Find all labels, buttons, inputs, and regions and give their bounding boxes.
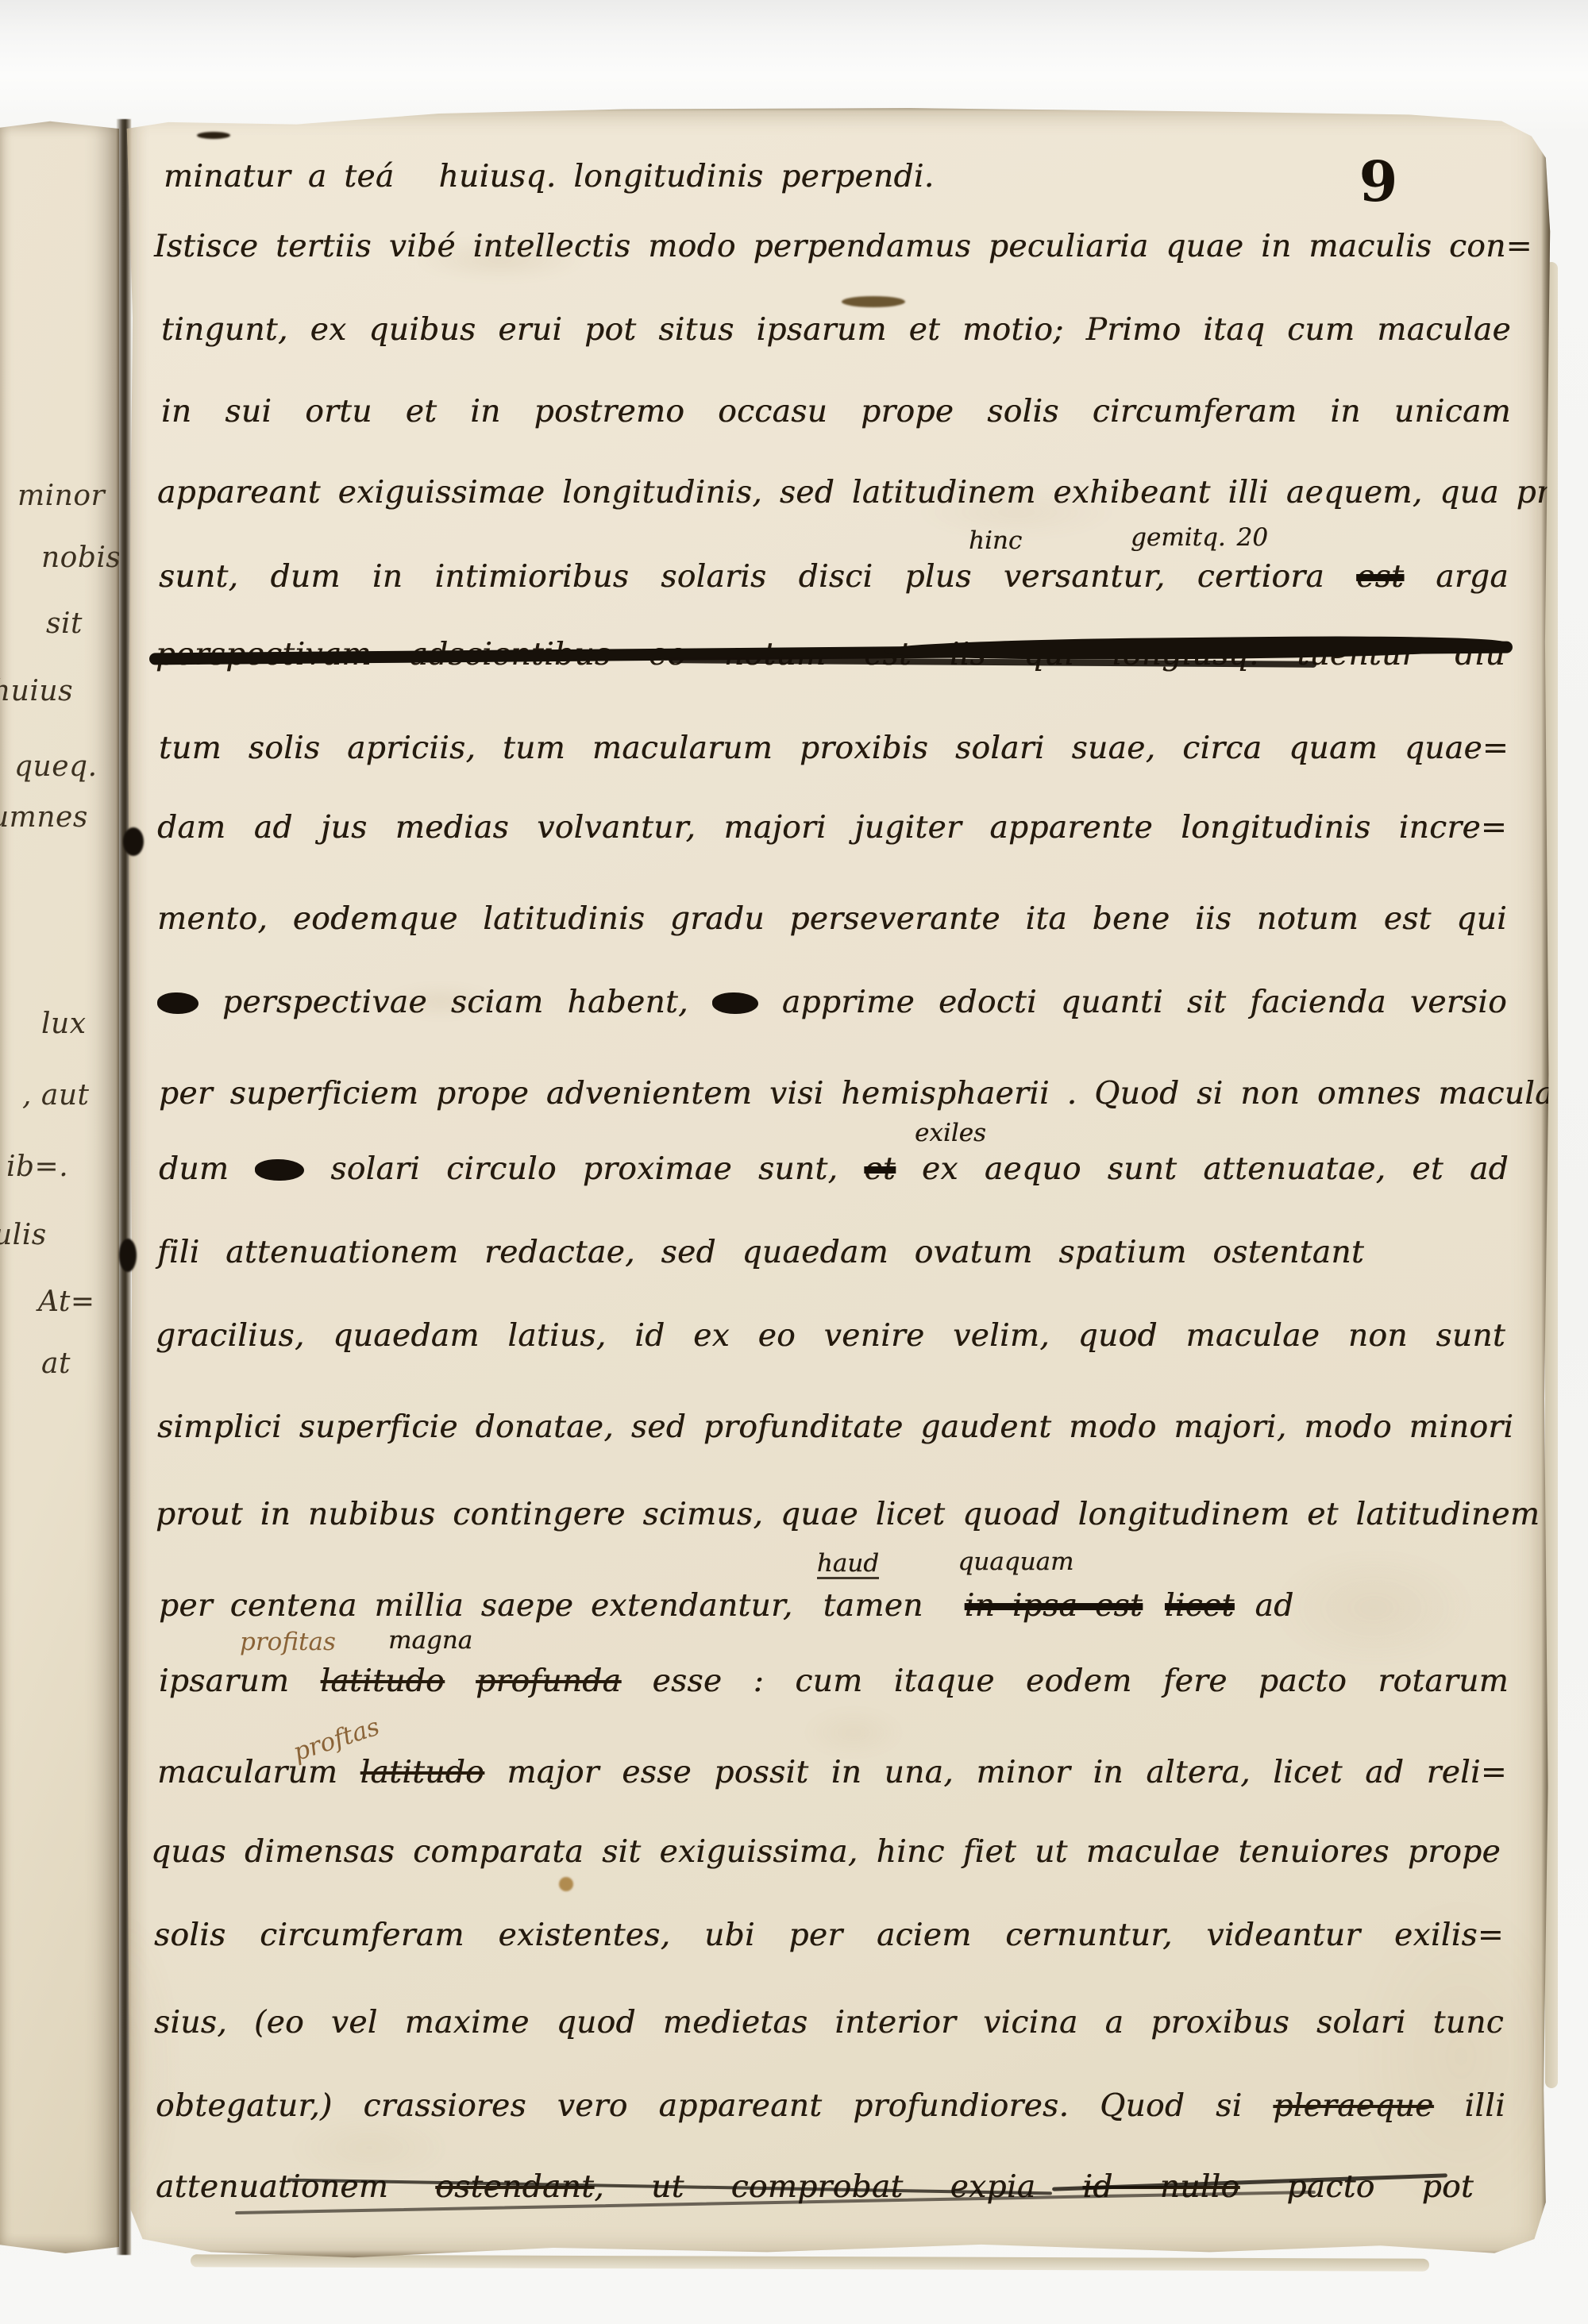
page-corner-wear [1464,102,1551,189]
text-segment: minatur a teá [164,159,395,195]
manuscript-line: dam ad jus medias volvantur, majori jugi… [157,808,1507,849]
manuscript-line: macularum latitudo major esse possit in … [157,1753,1507,1794]
text-segment: in sui ortu et in postremo occasu prope … [161,394,1511,430]
left-page-word-fragment: queq. [14,753,98,781]
manuscript-line: sius, (eo vel maxime quod medietas inter… [154,2003,1504,2044]
text-segment: illi [1434,2088,1505,2124]
left-page-word-fragment: nobis [41,544,121,572]
left-page-word-fragment: lux [41,1010,87,1039]
ink-blot [712,992,758,1014]
text-segment: solari circulo proximae sunt, [304,1151,864,1187]
manuscript-page: 9 minatur a teáhuiusq. longitudinis perp… [125,102,1551,2263]
left-page-word-fragment: at [41,1350,71,1378]
text-segment: licet [1165,1588,1235,1624]
manuscript-line: simplici superficie donatae, sed profund… [157,1408,1507,1448]
text-segment: dam ad jus medias volvantur, majori jugi… [157,810,1507,846]
text-segment: est [1356,559,1404,595]
text-segment: dum [159,1151,255,1187]
interlinear-correction: exiles [915,1121,986,1146]
manuscript-line: quas dimensas comparata sit exiguissima,… [151,1833,1501,1873]
ink-speck [842,296,905,307]
text-segment: tamen [823,1588,923,1624]
manuscript-line: gracilius, quaedam latius, id ex eo veni… [156,1316,1505,1357]
text-segment: fili attenuationem redactae, sed quaedam… [157,1235,1364,1270]
text-segment: macularum [157,1755,360,1790]
ink-speck [197,132,230,139]
text-segment: tum solis apriciis, tum macularum proxib… [159,730,1509,766]
ink-speck [123,827,144,856]
text-segment: apprime edocti quanti sit facienda versi… [758,985,1507,1020]
text-segment: gracilius, quaedam latius, id ex eo veni… [156,1318,1505,1354]
text-segment: major esse possit in una, minor in alter… [484,1755,1507,1790]
text-segment: perspectivae sciam habent, [198,985,712,1020]
ink-blot [255,1159,304,1181]
manuscript-line: sunt, dum in intimioribus solaris disci … [159,557,1509,598]
text-segment: et [864,1151,896,1187]
left-page-word-fragment: umnes [0,804,88,832]
text-segment: tingunt, ex quibus erui pot situs ipsaru… [161,312,1511,348]
manuscript-line: in sui ortu et in postremo occasu prope … [161,392,1511,433]
text-segment: ostendant [435,2169,594,2205]
paper-stain [802,1707,905,1758]
text-segment: obtegatur,) crassiores vero appareant pr… [156,2088,1273,2124]
text-segment: simplici superficie donatae, sed profund… [157,1409,1513,1445]
text-segment: per centena millia saepe extendantur, [159,1588,793,1624]
text-segment: prout in nubibus contingere scimus, quae… [156,1497,1540,1532]
left-page-word-fragment: minor [17,482,105,511]
manuscript-line: tingunt, ex quibus erui pot situs ipsaru… [161,310,1511,351]
text-segment: per superficiem prope advenientem visi h… [159,1076,1572,1112]
text-segment: pleraeque [1273,2088,1433,2124]
text-segment: ex aequo sunt attenuatae, et ad [896,1151,1509,1187]
under-page-edge-bottom [191,2254,1429,2271]
text-segment: ad [1255,1588,1294,1624]
text-segment: appareant exiguissimae longitudinis, sed… [157,475,1588,511]
manuscript-line: per superficiem prope advenientem visi h… [159,1074,1509,1115]
interlinear-correction: gemitq. 20 [1131,526,1268,550]
text-segment: latitudo [321,1663,445,1699]
left-page-word-fragment: ib=. [6,1153,68,1181]
ink-speck [559,1877,573,1891]
text-segment: arga [1404,559,1509,595]
text-segment: solis circumferam existentes, ubi per ac… [154,1917,1504,1953]
facing-page-strip: minornobissithuiusqueq.umneslux, autib=.… [0,116,119,2253]
ink-speck [119,1239,137,1272]
page-number: 9 [1347,154,1410,210]
text-segment: sunt, dum in intimioribus solaris disci … [159,559,1356,595]
page-edge-top [125,102,1551,111]
text-segment: in ipsa est [965,1588,1143,1624]
interlinear-correction: quaquam [958,1550,1073,1574]
manuscript-line: attenuationem ostendant, ut comprobat ex… [156,2168,1474,2208]
ink-blot [157,992,198,1014]
left-page-word-fragment: huius [0,677,73,706]
manuscript-line: solis circumferam existentes, ubi per ac… [154,1916,1504,1956]
text-segment: huiusq. longitudinis perpendi. [439,159,935,195]
manuscript-line: appareant exiguissimae longitudinis, sed… [157,473,1507,514]
left-page-word-fragment: , aut [22,1081,90,1110]
text-segment: attenuationem [156,2169,435,2205]
manuscript-line: obtegatur,) crassiores vero appareant pr… [156,2087,1505,2127]
text-segment: esse : cum itaque eodem fere pacto rotar… [621,1663,1509,1699]
text-segment: Istisce tertiis vibé intellectis modo pe… [154,229,1532,264]
manuscript-line: ipsarum latitudo profunda esse : cum ita… [159,1662,1509,1702]
interlinear-correction: haud [817,1551,879,1579]
manuscript-line: tum solis apriciis, tum macularum proxib… [159,729,1509,769]
left-page-word-fragment: ulis [0,1221,47,1250]
manuscript-photo: minornobissithuiusqueq.umneslux, autib=.… [0,0,1588,2324]
manuscript-line: perspectivae sciam habent, apprime edoct… [157,983,1507,1023]
manuscript-line: fili attenuationem redactae, sed quaedam… [157,1233,1364,1274]
interlinear-correction: hinc [969,529,1022,553]
interlinear-correction: magna [388,1628,472,1653]
manuscript-line: prout in nubibus contingere scimus, quae… [156,1495,1505,1536]
interlinear-correction: profitas [240,1630,336,1655]
text-segment: ipsarum [159,1663,321,1699]
manuscript-line: perspectivam adscientibus eo notum est i… [156,635,1505,676]
left-page-word-fragment: sit [46,610,83,638]
left-page-word-fragment: At= [38,1288,95,1316]
manuscript-line: dum solari circulo proximae sunt, et ex … [159,1150,1509,1190]
text-segment: quas dimensas comparata sit exiguissima,… [151,1834,1501,1870]
text-segment: latitudo [360,1755,484,1790]
manuscript-line: minatur a teáhuiusq. longitudinis perpen… [164,157,973,198]
text-segment [445,1663,476,1699]
text-segment: profunda [476,1663,621,1699]
manuscript-line: per centena millia saepe extendantur,tam… [159,1586,1334,1627]
manuscript-line: Istisce tertiis vibé intellectis modo pe… [154,227,1504,268]
manuscript-line: mento, eodemque latitudinis gradu persev… [157,900,1507,940]
text-segment: sius, (eo vel maxime quod medietas inter… [154,2005,1504,2041]
text-segment: mento, eodemque latitudinis gradu persev… [157,901,1507,937]
